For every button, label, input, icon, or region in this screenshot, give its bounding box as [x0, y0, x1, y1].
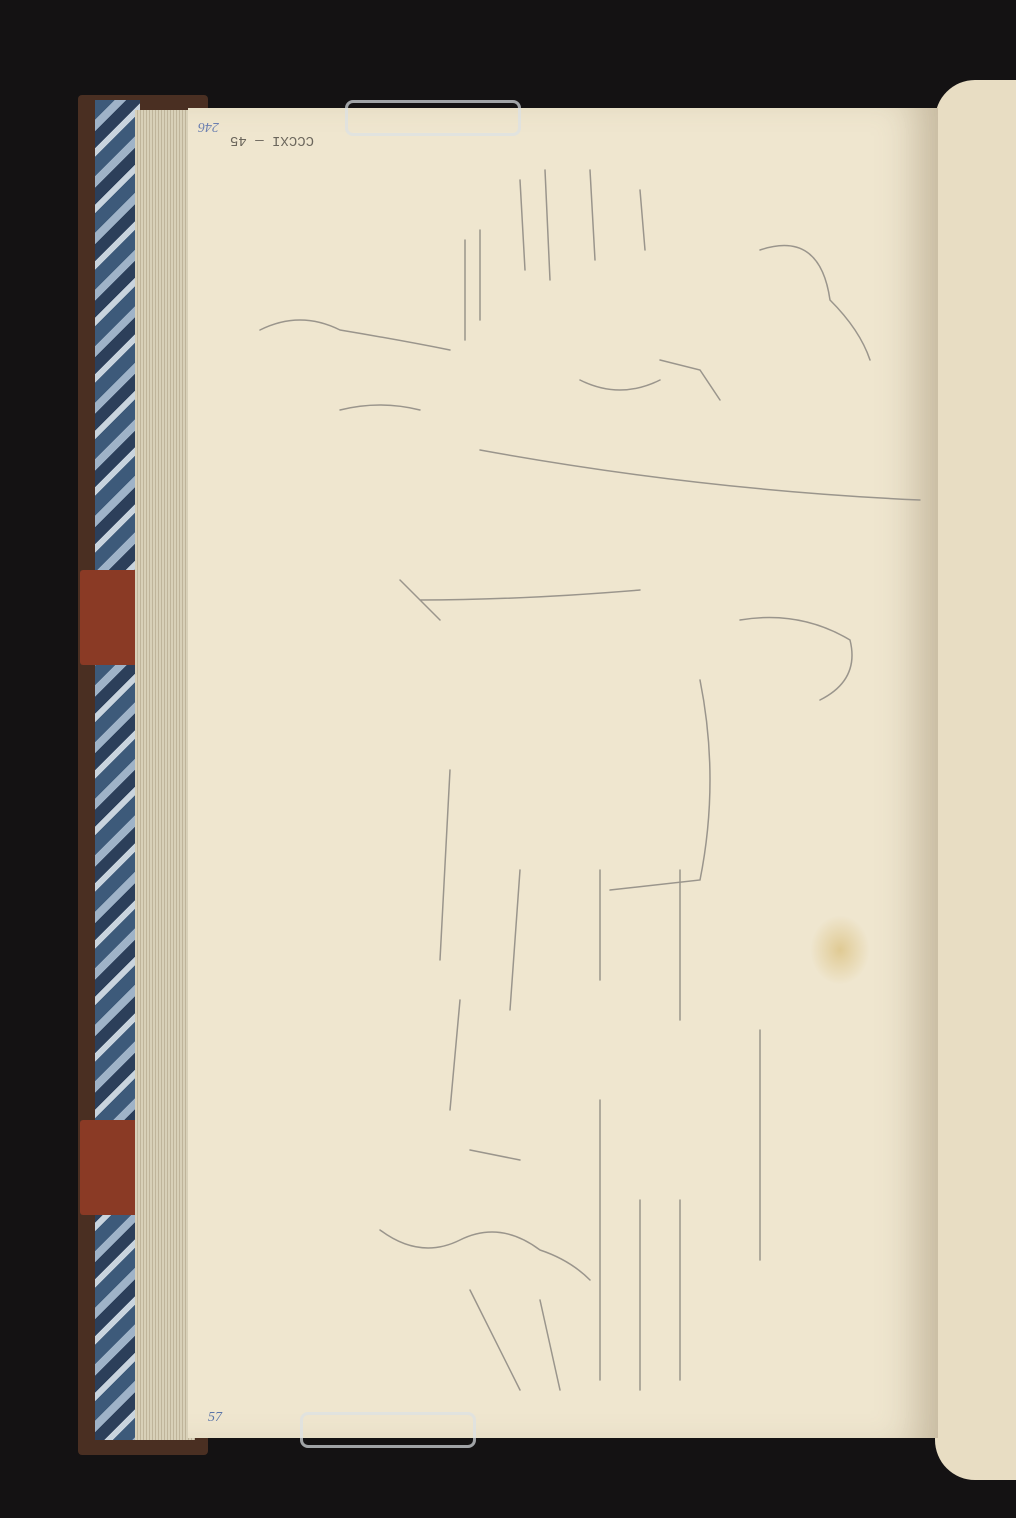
pencil-sketches: [0, 0, 1016, 1518]
